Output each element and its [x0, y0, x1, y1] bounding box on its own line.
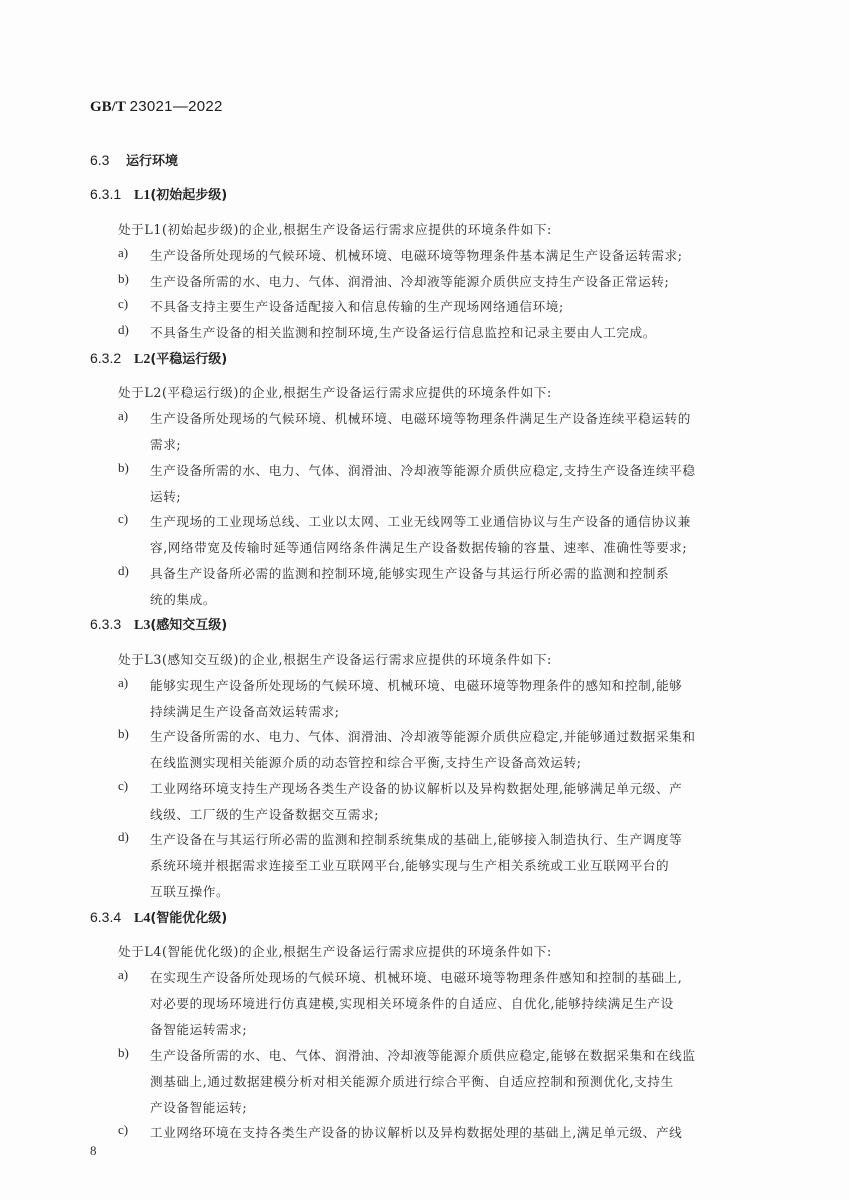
document-page: GB/T 23021—2022 6.3运行环境 6.3.1L1(初始起步级) 处…	[0, 0, 849, 1200]
subsection-intro: 处于L1(初始起步级)的企业,根据生产设备运行需求应提供的环境条件如下:	[118, 219, 552, 238]
subsection-heading-l3: 6.3.3L3(感知交互级)	[90, 614, 227, 634]
standard-header: GB/T 23021—2022	[90, 98, 223, 116]
subsection-heading-l4: 6.3.4L4(智能优化级)	[90, 907, 227, 927]
subsection-intro: 处于L3(感知交互级)的企业,根据生产设备运行需求应提供的环境条件如下:	[118, 649, 552, 668]
standard-number: 23021—2022	[130, 98, 223, 115]
section-title: 运行环境	[126, 154, 178, 169]
subsection-heading-l2: 6.3.2L2(平稳运行级)	[90, 348, 227, 368]
subsection-intro: 处于L4(智能优化级)的企业,根据生产设备运行需求应提供的环境条件如下:	[118, 941, 552, 960]
section-heading: 6.3运行环境	[90, 150, 178, 169]
subsection-heading-l1: 6.3.1L1(初始起步级)	[90, 184, 227, 204]
page-number: 8	[90, 1143, 97, 1159]
subsection-intro: 处于L2(平稳运行级)的企业,根据生产设备运行需求应提供的环境条件如下:	[118, 382, 552, 401]
standard-prefix: GB/T	[90, 99, 126, 115]
section-number: 6.3	[90, 152, 126, 168]
